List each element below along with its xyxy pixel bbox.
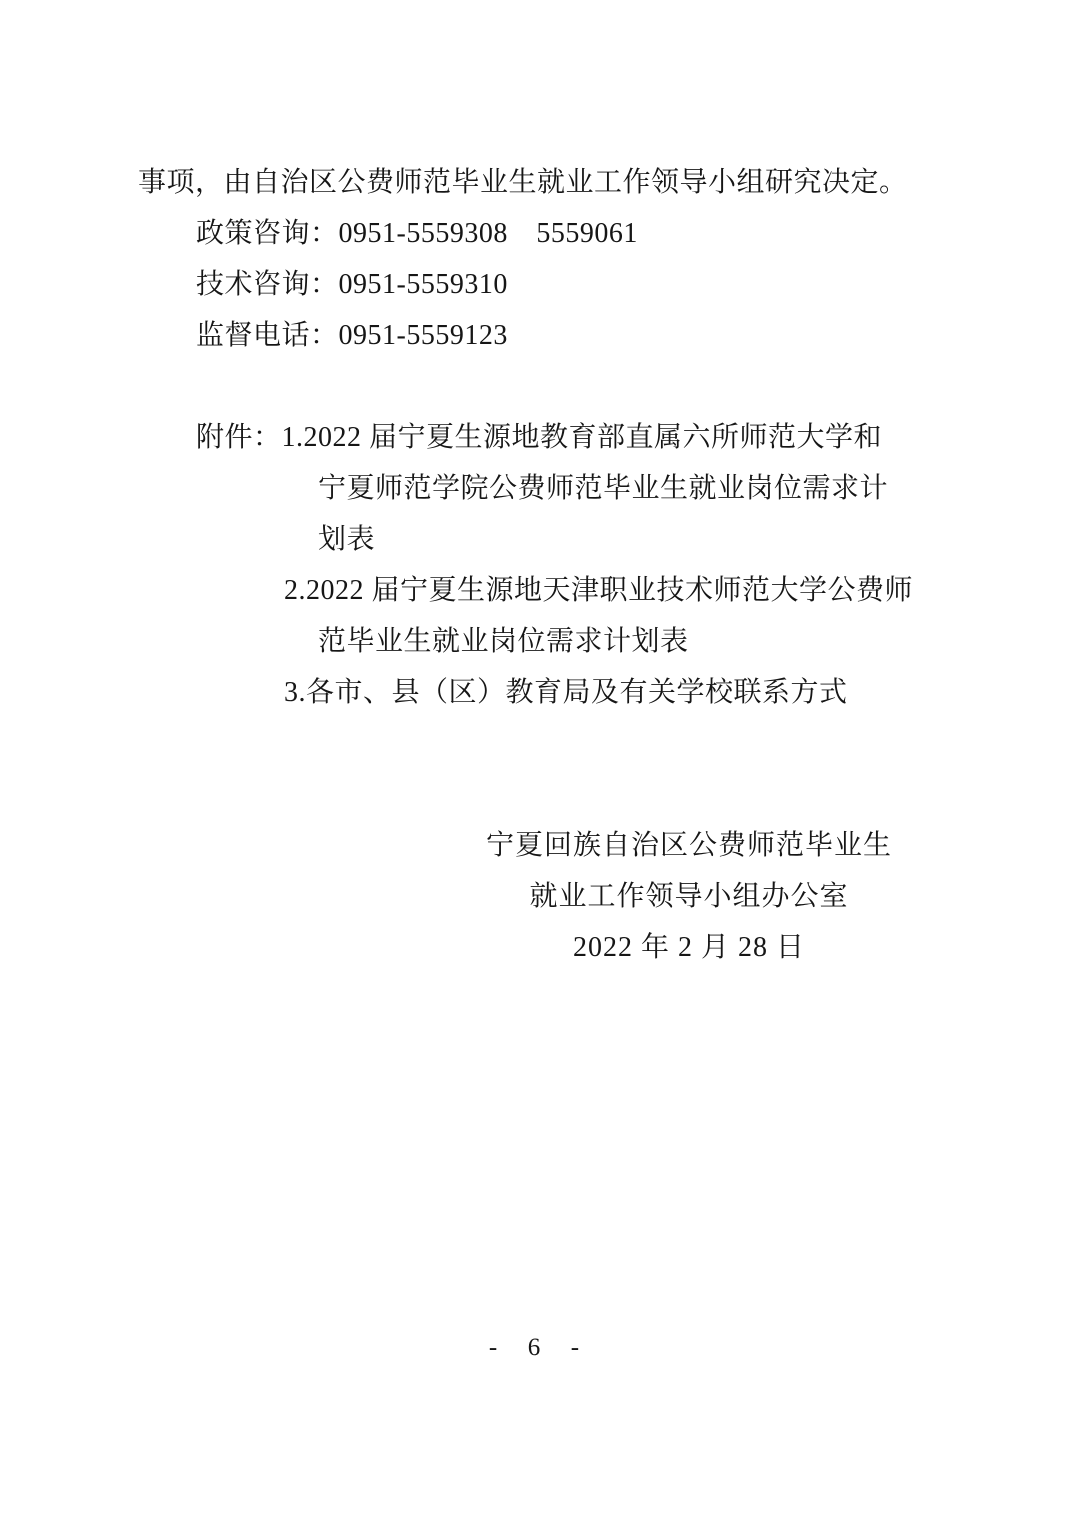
spacer-line — [0, 718, 1074, 769]
attachment-2-title: 2022 届宁夏生源地天津职业技术师范大学公费师 — [306, 575, 913, 606]
spacer-line — [0, 769, 1074, 820]
signature-date: 2022 年 2 月 28 日 — [304, 922, 1074, 973]
attachment-item-2-line-2: 范毕业生就业岗位需求计划表 — [0, 616, 1074, 667]
attachment-1-number: 1. — [282, 422, 304, 453]
contact-label-policy: 政策咨询： — [196, 218, 339, 249]
attachment-item-2-line-1: 2.2022 届宁夏生源地天津职业技术师范大学公费师 — [0, 565, 1074, 616]
attachment-3-number: 3. — [284, 677, 306, 708]
attachment-3-title: 各市、县（区）教育局及有关学校联系方式 — [306, 677, 848, 708]
contact-line-technical: 技术咨询：0951-5559310 — [0, 259, 1074, 310]
attachment-2-number: 2. — [284, 575, 306, 606]
signature-org-line-2: 就业工作领导小组办公室 — [304, 871, 1074, 922]
contact-line-supervision: 监督电话：0951-5559123 — [0, 310, 1074, 361]
contact-phone-supervision: 0951-5559123 — [339, 320, 508, 351]
attachment-item-1-line-3: 划表 — [0, 514, 1074, 565]
attachment-item-1-line-1: 附件：1.2022 届宁夏生源地教育部直属六所师范大学和 — [0, 412, 1074, 463]
paragraph-closing-line: 事项，由自治区公费师范毕业生就业工作领导小组研究决定。 — [0, 157, 1074, 208]
signature-org-line-1: 宁夏回族自治区公费师范毕业生 — [304, 820, 1074, 871]
contact-phone-policy: 0951-5559308 5559061 — [339, 218, 638, 249]
document-page: 事项，由自治区公费师范毕业生就业工作领导小组研究决定。 政策咨询：0951-55… — [0, 0, 1074, 1520]
document-content: 事项，由自治区公费师范毕业生就业工作领导小组研究决定。 政策咨询：0951-55… — [0, 157, 1074, 973]
attachment-1-title: 2022 届宁夏生源地教育部直属六所师范大学和 — [304, 422, 883, 453]
spacer-line — [0, 361, 1074, 412]
attachment-item-1-line-2: 宁夏师范学院公费师范毕业生就业岗位需求计 — [0, 463, 1074, 514]
page-number: - 6 - — [0, 1322, 1074, 1373]
contact-label-supervision: 监督电话： — [196, 320, 339, 351]
contact-line-policy: 政策咨询：0951-5559308 5559061 — [0, 208, 1074, 259]
attachments-label: 附件： — [196, 422, 282, 453]
attachment-item-3-line-1: 3.各市、县（区）教育局及有关学校联系方式 — [0, 667, 1074, 718]
contact-phone-technical: 0951-5559310 — [339, 269, 508, 300]
contact-label-technical: 技术咨询： — [196, 269, 339, 300]
